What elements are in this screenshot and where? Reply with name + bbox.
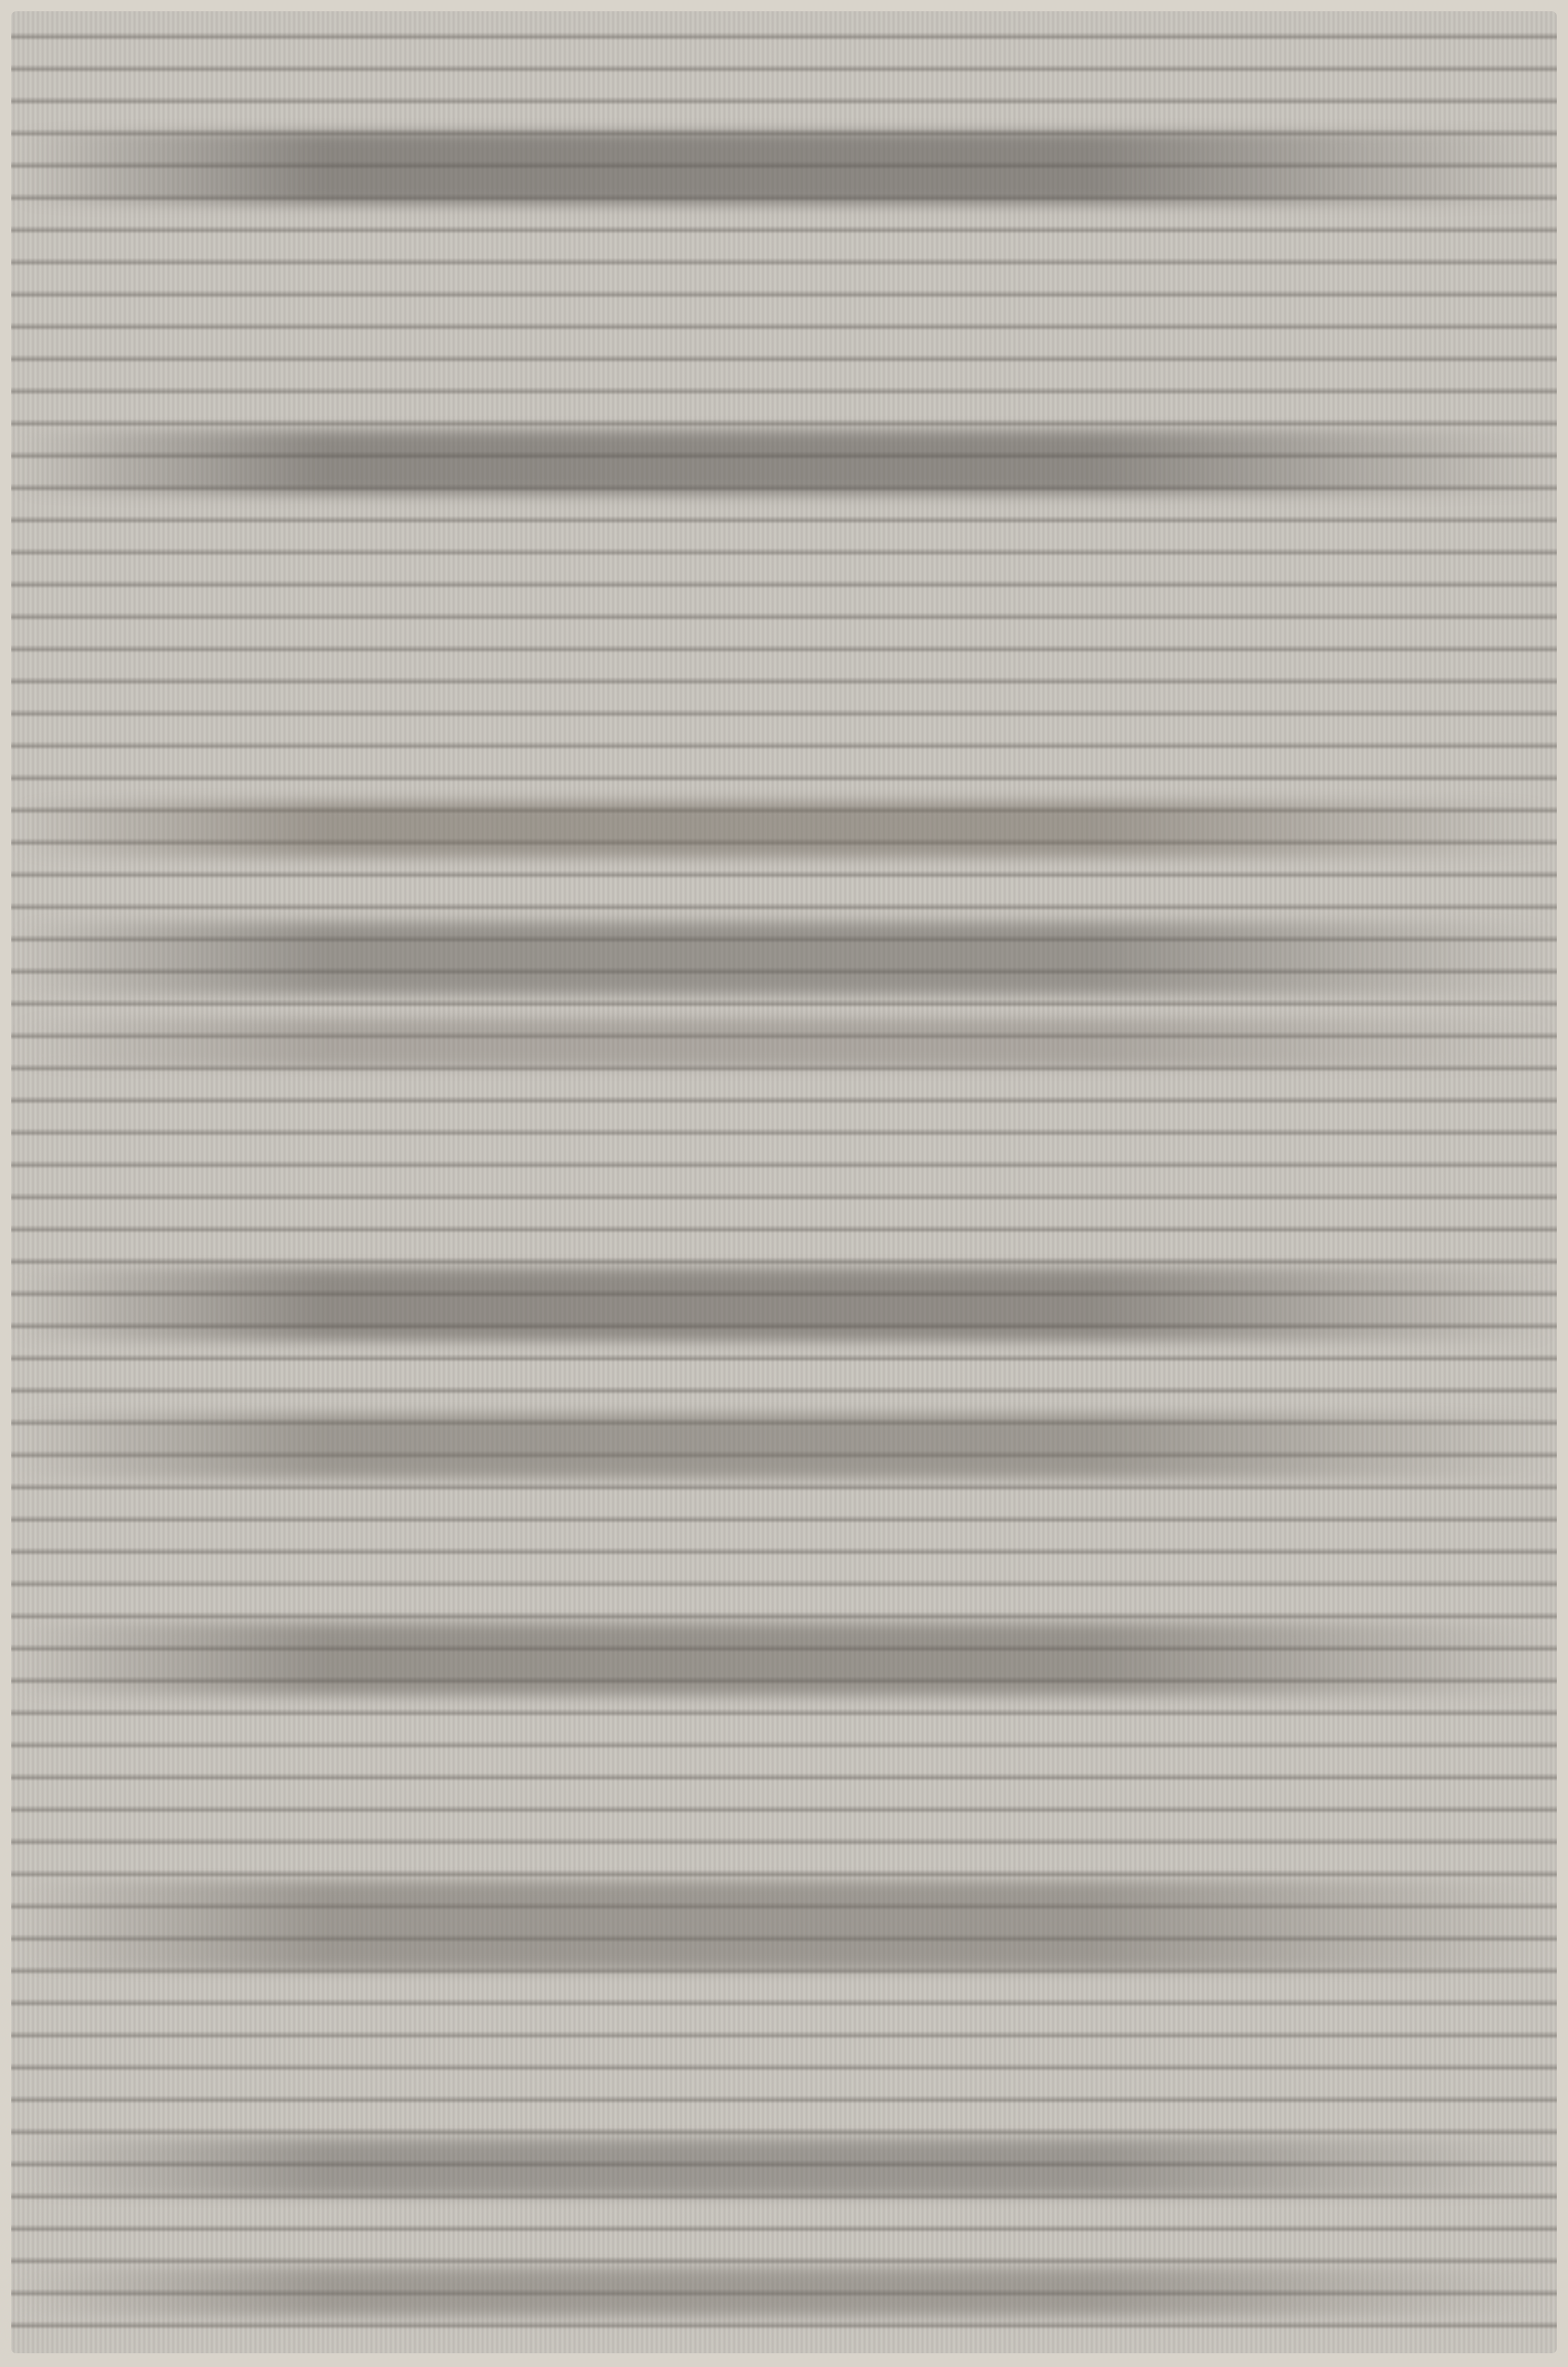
rug-dark-streak bbox=[11, 1623, 1557, 1696]
rug-dark-streak bbox=[11, 1414, 1557, 1478]
rug-dark-streak bbox=[11, 922, 1557, 995]
rug-dark-streak bbox=[11, 2139, 1557, 2195]
shag-rug bbox=[11, 11, 1557, 2353]
rug-dark-streak bbox=[11, 430, 1557, 495]
rug-dark-streak bbox=[11, 1881, 1557, 1970]
rug-dark-streak bbox=[11, 1269, 1557, 1341]
rug-dark-streak bbox=[11, 1019, 1557, 1067]
rug-dark-streak bbox=[11, 132, 1557, 205]
rug-dark-streak bbox=[11, 801, 1557, 858]
rug-dark-streak bbox=[11, 2268, 1557, 2316]
